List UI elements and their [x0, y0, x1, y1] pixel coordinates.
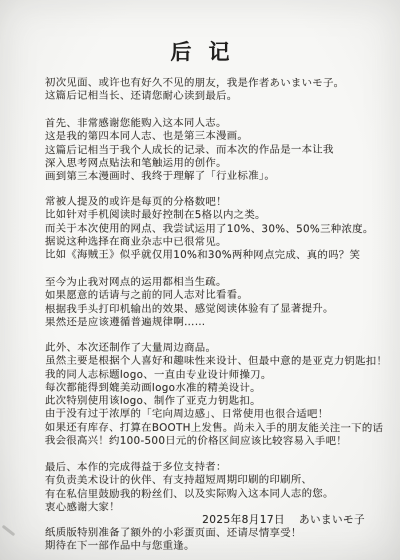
text-line: 有负责美术设计的伙伴、有支持超短周期印刷的印刷所、 — [45, 474, 386, 488]
page-smudge — [2, 525, 16, 537]
text-line: 期待在下一部作品中与您重逢。 — [45, 540, 386, 554]
paragraph: 最后、本作的完成得益于多位支持者：有负责美术设计的伙伴、有支持超短周期印刷的印刷… — [45, 461, 386, 515]
text-line: 根据我手头打印机输出的效果、感觉阅读体验有了显著提升。 — [45, 302, 386, 316]
text-line: 此外、本次还制作了大量周边商品。 — [45, 341, 386, 355]
paragraph: 初次见面、或许也有好久不见的朋友，我是作者あいまいモ子。这篇后记相当长、还请您耐… — [45, 77, 386, 104]
text-line: 这是我的第四本同人志、也是第三本漫画。 — [45, 129, 386, 143]
text-line: 每次都能得到媲美动画logo水准的精美设计。 — [45, 381, 386, 395]
text-line: 这篇后记相当长、还请您耐心读到最后。 — [45, 90, 386, 104]
text-line: 常被人提及的或许是每页的分格数吧！ — [45, 196, 386, 210]
text-line: 我会很高兴！约100-500日元的价格区间应该比较容易入手吧！ — [45, 434, 386, 448]
text-line: 首先、非常感谢您能购入这本同人志。 — [45, 116, 386, 130]
date-text: 2025年8月17日 — [202, 514, 285, 526]
text-line: 最后、本作的完成得益于多位支持者： — [45, 461, 386, 475]
text-line: 深入思考网点贴法和笔触运用的创作。 — [45, 156, 386, 170]
text-line: 据说这种选择在商业杂志中已很常见。 — [45, 236, 386, 250]
paragraph: 首先、非常感谢您能购入这本同人志。这是我的第四本同人志、也是第三本漫画。这篇后记… — [45, 116, 386, 183]
author-name: あいまいモ子 — [299, 514, 365, 526]
text-line: 果然还是应该遵循普遍规律啊…… — [45, 315, 386, 329]
text-line: 此次特别使用该logo、制作了亚克力钥匙扣。 — [45, 395, 386, 409]
date-signature: 2025年8月17日あいまいモ子 — [202, 512, 365, 527]
paragraph: 常被人提及的或许是每页的分格数吧！比如针对手机阅读时最好控制在5格以内之类。而关… — [45, 196, 386, 263]
text-line: 有在私信里鼓励我的粉丝们、以及实际购入这本同人志的您。 — [45, 487, 386, 501]
text-line: 画到第三本漫画时、我终于理解了「行业标准」。 — [45, 169, 386, 183]
text-line: 由于没有过于浓厚的「宅向周边感」、日常使用也很合适吧！ — [45, 408, 386, 422]
text-line: 这篇后记相当于我个人成长的记录、而本次的作品是一本让我 — [45, 143, 386, 157]
paragraph: 此外、本次还制作了大量周边商品。虽然主要是根据个人喜好和趣味性来设计、但最中意的… — [45, 341, 386, 448]
text-line: 比如《海贼王》似乎就仅用10%和30%两种网点完成、真的吗？笑 — [45, 249, 386, 263]
paragraph: 至今为止我对网点的运用都相当生疏。如果愿意的话请与之前的同人志对比看看。根据我手… — [45, 275, 386, 329]
text-line: 比如针对手机阅读时最好控制在5格以内之类。 — [45, 209, 386, 223]
text-line: 如果还有库存、打算在BOOTH上发售。尚未入手的朋友能关注一下的话 — [45, 421, 386, 435]
text-line: 而关于本次使用的网点、我尝试运用了10%、30%、50%三种浓度。 — [45, 222, 386, 236]
text-line: 如果愿意的话请与之前的同人志对比看看。 — [45, 288, 386, 302]
paragraph: 纸质版特别准备了额外的小彩蛋页面、还请尽情享受！期待在下一部作品中与您重逢。 — [45, 527, 386, 554]
afterword-body: 初次见面、或许也有好久不见的朋友，我是作者あいまいモ子。这篇后记相当长、还请您耐… — [45, 77, 386, 554]
text-line: 我的同人志标题logo、一直由专业设计师操刀。 — [45, 368, 386, 382]
page-title: 后记 — [0, 0, 400, 66]
text-line: 虽然主要是根据个人喜好和趣味性来设计、但最中意的是亚克力钥匙扣！ — [45, 355, 386, 369]
text-line: 至今为止我对网点的运用都相当生疏。 — [45, 275, 386, 289]
afterword-page: 后记 初次见面、或许也有好久不见的朋友，我是作者あいまいモ子。这篇后记相当长、还… — [0, 0, 400, 560]
text-line: 初次见面、或许也有好久不见的朋友，我是作者あいまいモ子。 — [45, 77, 386, 91]
